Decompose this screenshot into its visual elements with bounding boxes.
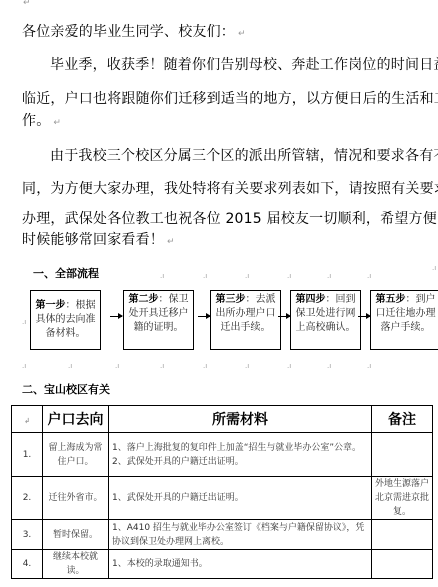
arrow-right-icon bbox=[198, 316, 210, 317]
row-note bbox=[372, 550, 433, 579]
header-destination: 户口去向 bbox=[43, 406, 109, 433]
format-mark: .ı bbox=[160, 362, 164, 370]
step-label: 第三步 bbox=[216, 294, 246, 305]
format-mark: .ı bbox=[203, 272, 207, 280]
paragraph2-line1: 由于我校三个校区分属三个区的派出所管辖，情况和要求各有不 bbox=[50, 149, 438, 163]
section1-heading: 一、全部流程 bbox=[33, 265, 99, 281]
format-mark: .ı bbox=[327, 272, 331, 280]
format-mark: .ı bbox=[287, 272, 291, 280]
row-destination: 暂时保留。 bbox=[43, 520, 109, 550]
format-mark: .ı bbox=[327, 362, 331, 370]
format-mark: .ı bbox=[160, 272, 164, 280]
row-materials: 1、本校的录取通知书。 bbox=[109, 550, 372, 579]
table-row: 3. 暂时保留。 1、A410 招生与就业毕办公室签订《档案与户籍保留协议》，凭… bbox=[12, 520, 433, 550]
format-mark: .ı bbox=[22, 318, 26, 326]
paragraph-mark: ↵ bbox=[167, 237, 175, 247]
section2-heading: 二、宝山校区有关 bbox=[22, 381, 110, 397]
flow-step-1: 第一步：根据具体的去向准备材料。 bbox=[30, 290, 101, 350]
arrow-right-icon bbox=[110, 316, 122, 317]
flow-step-5: 第五步：到户口迁往地办理落户手续。 bbox=[370, 290, 438, 350]
paragraph-mark: ↵ bbox=[23, 0, 31, 8]
format-mark: .ı bbox=[367, 362, 371, 370]
paragraph1-line3: 作。↵ bbox=[22, 114, 61, 130]
format-mark: .ı bbox=[115, 362, 119, 370]
greeting-text: 各位亲爱的毕业生同学、校友们： bbox=[22, 24, 235, 40]
greeting-line: 各位亲爱的毕业生同学、校友们：↵ bbox=[22, 25, 246, 41]
paragraph-mark: ↵ bbox=[238, 29, 246, 39]
arrow-right-icon bbox=[358, 316, 370, 317]
step-label: 第五步 bbox=[376, 294, 406, 305]
table-row: 2. 迁往外省市。 1、武保处开具的户籍迁出证明。 外地生源落户北京需进京批复。 bbox=[12, 477, 433, 520]
format-mark: .ı bbox=[287, 362, 291, 370]
requirements-table: ↲ 户口去向 所需材料 备注 1. 留上海成为常住户口。 1、落户上海批复的复印… bbox=[11, 405, 433, 579]
row-materials: 1、落户上海批复的复印件上加盖“招生与就业毕办公室”公章。 2、武保处开具的户籍… bbox=[109, 433, 372, 477]
step-label: 第二步 bbox=[129, 294, 159, 305]
row-index: 1. bbox=[12, 433, 43, 477]
material-item: 1、武保处开具的户籍迁出证明。 bbox=[112, 491, 368, 505]
table-header-row: ↲ 户口去向 所需材料 备注 bbox=[12, 406, 433, 433]
row-note: 外地生源落户北京需进京批复。 bbox=[372, 477, 433, 520]
flow-step-3: 第三步：去派出所办理户口迁出手续。 bbox=[210, 290, 281, 350]
header-materials: 所需材料 bbox=[109, 406, 372, 433]
table-row: 1. 留上海成为常住户口。 1、落户上海批复的复印件上加盖“招生与就业毕办公室”… bbox=[12, 433, 433, 477]
format-mark: .ı bbox=[203, 362, 207, 370]
format-mark: .ı bbox=[68, 362, 72, 370]
arrow-right-icon bbox=[278, 316, 290, 317]
row-materials: 1、A410 招生与就业毕办公室签订《档案与户籍保留协议》，凭协议到保卫处办理网… bbox=[109, 520, 372, 550]
row-index: 4. bbox=[12, 550, 43, 579]
paragraph2-line2: 同，为方便大家办理，我处特将有关要求列表如下，请按照有关要求 bbox=[22, 182, 438, 196]
format-mark: .ı bbox=[22, 362, 26, 370]
material-item: 2、武保处开具的户籍迁出证明。 bbox=[112, 455, 368, 469]
step-label: 第四步 bbox=[296, 294, 326, 305]
format-mark: .ı bbox=[245, 272, 249, 280]
format-mark: .ı bbox=[432, 264, 436, 272]
paragraph2-line4-text: 时候能够常回家看看！ bbox=[22, 232, 164, 248]
step-label: 第一步 bbox=[36, 300, 66, 311]
cell-mark: ↲ bbox=[24, 417, 30, 425]
table-row: 4. 继续本校就读。 1、本校的录取通知书。 bbox=[12, 550, 433, 579]
row-note bbox=[372, 433, 433, 477]
material-item: 1、落户上海批复的复印件上加盖“招生与就业毕办公室”公章。 bbox=[112, 441, 368, 455]
row-index: 3. bbox=[12, 520, 43, 550]
format-mark: .ı bbox=[245, 362, 249, 370]
paragraph2-line3: 办理，武保处各位教工也祝各位 2015 届校友一切顺利，希望方便的 bbox=[22, 212, 438, 226]
paragraph1-line3-text: 作。 bbox=[22, 113, 50, 129]
flow-step-4: 第四步：回到保卫处进行网上高校确认。 bbox=[290, 290, 361, 350]
format-mark: .ı bbox=[367, 272, 371, 280]
row-destination: 留上海成为常住户口。 bbox=[43, 433, 109, 477]
header-note: 备注 bbox=[372, 406, 433, 433]
paragraph1-line2: 临近，户口也将跟随你们迁移到适当的地方，以方便日后的生活和工 bbox=[22, 92, 438, 106]
paragraph1-line1: 毕业季，收获季！随着你们告别母校、奔赴工作岗位的时间日益 bbox=[50, 58, 438, 72]
flow-step-2: 第二步：保卫处开具迁移户籍的证明。 bbox=[123, 290, 194, 350]
header-index: ↲ bbox=[12, 406, 43, 433]
material-item: 1、本校的录取通知书。 bbox=[112, 557, 368, 571]
row-materials: 1、武保处开具的户籍迁出证明。 bbox=[109, 477, 372, 520]
material-item: 1、A410 招生与就业毕办公室签订《档案与户籍保留协议》，凭协议到保卫处办理网… bbox=[112, 521, 368, 549]
row-destination: 继续本校就读。 bbox=[43, 550, 109, 579]
paragraph2-line4: 时候能够常回家看看！↵ bbox=[22, 233, 175, 249]
paragraph-mark: ↵ bbox=[53, 118, 61, 128]
row-note bbox=[372, 520, 433, 550]
row-index: 2. bbox=[12, 477, 43, 520]
row-destination: 迁往外省市。 bbox=[43, 477, 109, 520]
